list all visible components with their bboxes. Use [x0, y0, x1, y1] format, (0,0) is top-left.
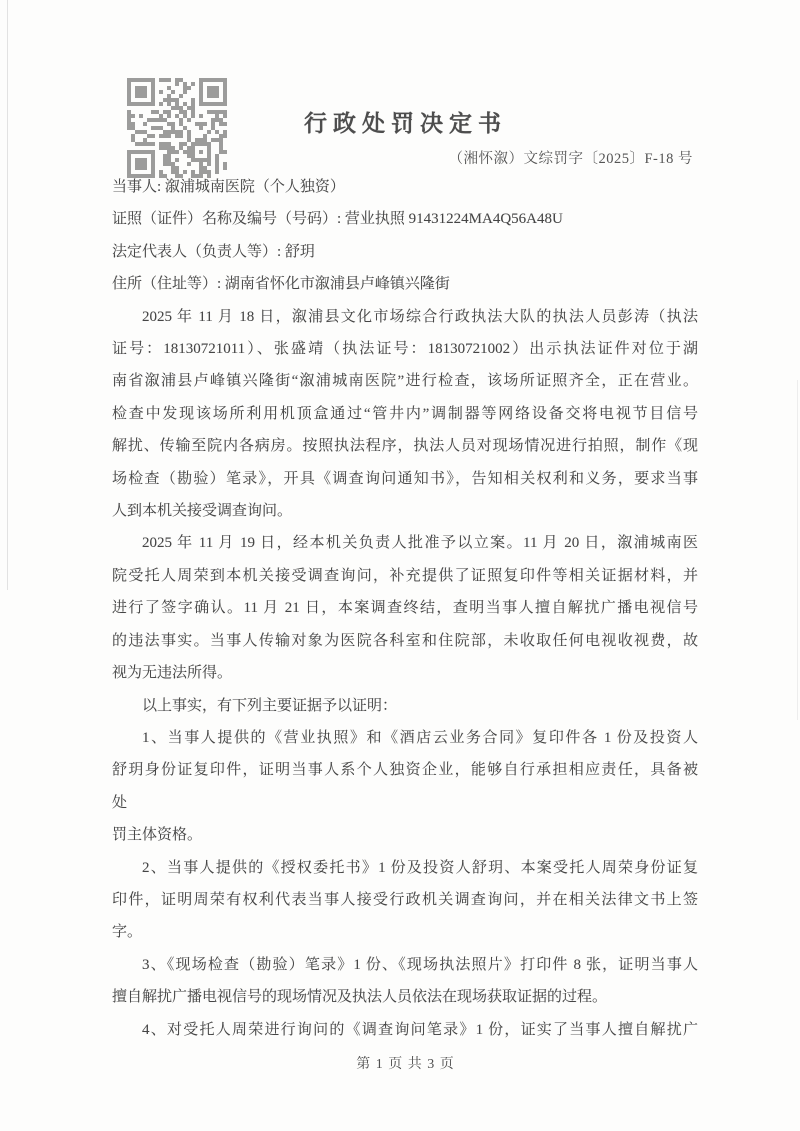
scan-edge-artifact: [7, 0, 8, 590]
document-line: 字。: [112, 916, 698, 948]
document-line: 2025 年 11 月 19 日，经本机关负责人批准予以立案。11 月 20 日…: [112, 527, 698, 559]
document-line: 擅自解扰广播电视信号的现场情况及执法人员依法在现场获取证据的过程。: [112, 981, 698, 1013]
document-line: 证号：18130721011）、张盛靖（执法证号：18130721002）出示执…: [112, 333, 698, 365]
document-line: 以上事实，有下列主要证据予以证明：: [112, 690, 698, 722]
page-footer: 第 1 页 共 3 页: [113, 1053, 698, 1073]
document-line: 2025 年 11 月 18 日，溆浦县文化市场综合行政执法大队的执法人员彭涛（…: [112, 301, 698, 333]
document-line: 当事人: 溆浦城南医院（个人独资）: [112, 171, 698, 203]
document-line: 舒玥身份证复印件，证明当事人系个人独资企业，能够自行承担相应责任，具备被: [112, 754, 698, 786]
document-line: 1、当事人提供的《营业执照》和《酒店云业务合同》复印件各 1 份及投资人: [112, 722, 698, 754]
document-line: 场检查（勘验）笔录》，开具《调查询问通知书》，告知相关权利和义务，要求当事: [112, 463, 698, 495]
scanned-document-page: 行政处罚决定书 （湘怀溆）文综罚字〔2025〕F-18 号 当事人: 溆浦城南医…: [0, 0, 800, 1131]
scan-edge-artifact: [797, 380, 798, 720]
document-line: 法定代表人（负责人等）: 舒玥: [112, 236, 698, 268]
document-line: 解扰、传输至院内各病房。按照执法程序，执法人员对现场情况进行拍照，制作《现: [112, 430, 698, 462]
document-line: 进行了签字确认。11 月 21 日，本案调查终结，查明当事人擅自解扰广播电视信号: [112, 592, 698, 624]
document-line: 的违法事实。当事人传输对象为医院各科室和住院部，未收取任何电视收视费，故: [112, 625, 698, 657]
document-line: 南省溆浦县卢峰镇兴隆街“溆浦城南医院”进行检查，该场所证照齐全，正在营业。: [112, 365, 698, 397]
document-line: 3、《现场检查（勘验）笔录》1 份、《现场执法照片》打印件 8 张，证明当事人: [112, 949, 698, 981]
document-line: 检查中发现该场所利用机顶盒通过“管井内”调制器等网络设备交将电视节目信号: [112, 398, 698, 430]
document-line: 院受托人周荣到本机关接受调查询问，补充提供了证照复印件等相关证据材料，并: [112, 560, 698, 592]
document-line: 罚主体资格。: [112, 819, 698, 851]
document-line: 印件，证明周荣有权利代表当事人接受行政机关调查询问，并在相关法律文书上签: [112, 884, 698, 916]
document-line: 住所（住址等）: 湖南省怀化市溆浦县卢峰镇兴隆街: [112, 268, 698, 300]
document-body: 当事人: 溆浦城南医院（个人独资）证照（证件）名称及编号（号码）: 营业执照 9…: [112, 171, 698, 1046]
document-line: 处: [112, 787, 698, 819]
document-line: 视为无违法所得。: [112, 657, 698, 689]
document-title: 行政处罚决定书: [113, 106, 698, 142]
document-line: 人到本机关接受调查询问。: [112, 495, 698, 527]
document-line: 4、对受托人周荣进行询问的《调查询问笔录》1 份，证实了当事人擅自解扰广: [112, 1014, 698, 1046]
document-number: （湘怀溆）文综罚字〔2025〕F-18 号: [113, 147, 693, 168]
document-line: 证照（证件）名称及编号（号码）: 营业执照 91431224MA4Q56A48U: [112, 203, 698, 235]
document-line: 2、当事人提供的《授权委托书》1 份及投资人舒玥、本案受托人周荣身份证复: [112, 852, 698, 884]
